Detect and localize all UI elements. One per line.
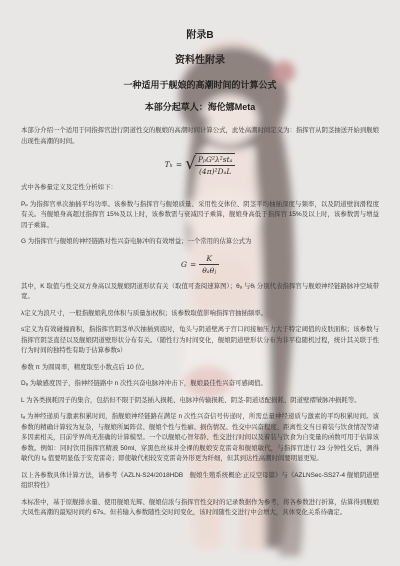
page-title: 一种适用于舰娘的高潮时间的计算公式 <box>21 78 379 91</box>
paragraph-conclusion: 本标准中，基于原舰排水量、使用舰娘光辉、舰娘信浓与指挥官性交时的记录数据作为参考… <box>21 498 379 519</box>
formula-equals: = <box>190 260 196 269</box>
appendix-label: 附录B <box>21 26 379 41</box>
title-block: 附录B 资料性附录 一种适用于舰娘的高潮时间的计算公式 本部分起草人：海伦娜Me… <box>21 26 379 113</box>
paragraph-param-pi: 参数 π 为圆周率，精度取至小数点后 10 位。 <box>21 363 379 374</box>
paragraph-param-ta: tₐ 为神经递质与激素积累时间，指舰娘神经链路在满足 n 次性兴奋信号传递时，所… <box>21 412 379 465</box>
document-content: 附录B 资料性附录 一种适用于舰娘的高潮时间的计算公式 本部分起草人：海伦娜Me… <box>0 0 400 566</box>
drafter-line: 本部分起草人：海伦娜Meta <box>21 100 379 113</box>
formula-lhs: G <box>181 260 187 269</box>
paragraph-param-g: G 为指挥官与舰娘的神经链路对性兴奋电脉冲的有效增益；一个常用的估算公式为 <box>21 237 379 248</box>
paragraph-param-d: Dₐ 为敏感度因子，指神经链路中 n 次性兴奋电脉冲冲击下，舰娘最佳性兴奋可感阈… <box>21 379 379 390</box>
formula-fraction: K θₐθⱼ <box>199 254 219 275</box>
formula-gain: G = K θₐθⱼ <box>21 254 379 275</box>
document-page: 附录B 资料性附录 一种适用于舰娘的高潮时间的计算公式 本部分起草人：海伦娜Me… <box>0 0 400 566</box>
formula-numerator: K <box>199 254 219 264</box>
formula-lhs: Tₕ <box>165 160 173 169</box>
appendix-type: 资料性附录 <box>21 51 379 66</box>
paragraph-references: 以上各参数具体计算方法，请参考《AZLN-S24/2018HDB 舰娘生殖系统概… <box>21 471 379 492</box>
paragraph-intro: 本部分介绍一个适用于同指挥官进行阴道性交的舰娘的高潮时间计算公式，此处高潮时间定… <box>21 126 379 147</box>
paragraph-param-l: L 为各类损耗因子的集合，包括但不限于阴茎插入损耗、电脉冲传输损耗、阴茎-阴道适… <box>21 396 379 407</box>
formula-denominator: (4π)²DₐL <box>195 165 235 176</box>
paragraph-param-s: s定义为有效碰撞面积，指指挥官阴茎单次抽插到底时，龟头与阴道壁离子宫口间接触压力… <box>21 325 379 357</box>
paragraph-param-k: 其中，K 取值与性交双方身高以及舰娘阴道形状有关（取值可查阅速算图）；θₐ 与θ… <box>21 282 379 303</box>
formula-equals: = <box>176 160 182 169</box>
paragraph-param-lambda: λ定义为浪尺寸，一般指舰娘乳房体积与质量加权积；该参数取值影响指挥官抽插频率。 <box>21 309 379 320</box>
formula-numerator: PₚG²λ²stₐ <box>195 155 235 165</box>
paragraph-param-p: Pₚ 为指挥官单次抽插平均功率。该参数与指挥官与舰娘质量、采用性交体位、阴茎平均… <box>21 200 379 232</box>
paragraph-params-intro: 式中各参量定义及定性分析如下： <box>21 183 379 194</box>
formula-denominator: θₐθⱼ <box>199 264 219 275</box>
formula-orgasm-time: Tₕ = √ PₚG²λ²stₐ (4π)²DₐL <box>21 153 379 176</box>
formula-radical-group: √ PₚG²λ²stₐ (4π)²DₐL <box>185 153 235 176</box>
